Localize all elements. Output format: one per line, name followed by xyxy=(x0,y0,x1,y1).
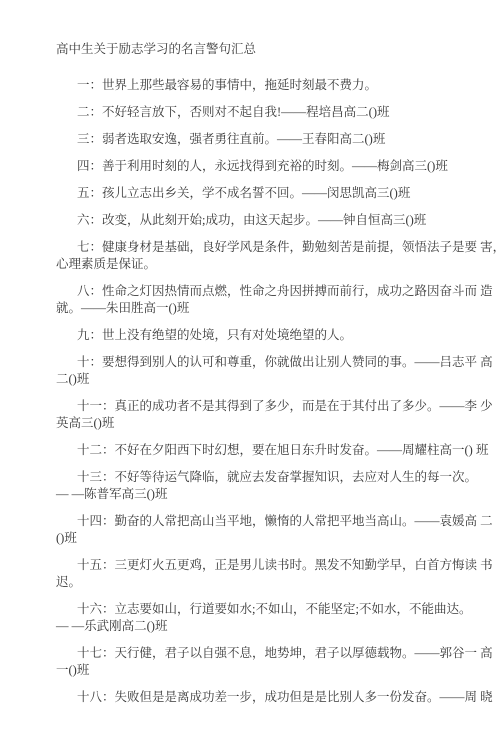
quote-line: 十五：三更灯火五更鸡，正是男儿读书时。黑发不知勤学早，白首方悔读 书 xyxy=(56,557,452,574)
quote-line: 十四：勤奋的人常把高山当平地，懒惰的人常把平地当高山。——袁媛高 二 xyxy=(56,513,452,530)
quote-paragraph-4: 四：善于利用时刻的人，永远找得到充裕的时刻。——梅剑高三()班 xyxy=(56,158,452,175)
quote-line: 四：善于利用时刻的人，永远找得到充裕的时刻。——梅剑高三()班 xyxy=(56,158,452,175)
quote-line: 心理素质是保证。 xyxy=(56,256,452,273)
quote-line: 十三：不好等待运气降临，就应去发奋掌握知识，去应对人生的每一次。 xyxy=(56,469,452,486)
quote-paragraph-8: 八：性命之灯因热情而点燃，性命之舟因拼搏而前行，成功之路因奋斗而 造 就。——朱… xyxy=(56,283,452,317)
quote-line: 三：弱者选取安逸，强者勇往直前。——王春阳高二()班 xyxy=(56,131,452,148)
quote-line: 六：改变，从此刻开始;成功，由这天起步。——钟自恒高三()班 xyxy=(56,212,452,229)
quote-line: 七：健康身材是基础，良好学风是条件，勤勉刻苦是前提，领悟法子是要 害， xyxy=(56,239,452,256)
quote-paragraph-10: 十：要想得到别人的认可和尊重，你就做出让别人赞同的事。——吕志平 高 二()班 xyxy=(56,354,452,388)
quote-line: — —陈普军高三()班 xyxy=(56,486,452,503)
quote-line: 十六：立志要如山，行道要如水;不如山，不能坚定;不如水，不能曲达。 xyxy=(56,601,452,618)
quote-line: 一：世界上那些最容易的事情中，拖延时刻最不费力。 xyxy=(56,77,452,94)
quote-line: 一()班 xyxy=(56,662,452,679)
quote-line: 十一：真正的成功者不是其得到了多少，而是在于其付出了多少。——李 少 xyxy=(56,398,452,415)
quote-paragraph-12: 十二：不好在夕阳西下时幻想，要在旭日东升时发奋。——周耀柱高一() 班 xyxy=(56,442,452,459)
quote-line: 九：世上没有绝望的处境，只有对处境绝望的人。 xyxy=(56,327,452,344)
quote-paragraph-16: 十六：立志要如山，行道要如水;不如山，不能坚定;不如水，不能曲达。 — —乐武刚… xyxy=(56,601,452,635)
quote-paragraph-5: 五：孩儿立志出乡关，学不成名誓不回。——闵思凯高三()班 xyxy=(56,185,452,202)
quote-line: 十八：失败但是是离成功差一步，成功但是是比别人多一份发奋。——周 晓 xyxy=(56,689,452,706)
quote-line: 英高三()班 xyxy=(56,415,452,432)
quote-paragraph-6: 六：改变，从此刻开始;成功，由这天起步。——钟自恒高三()班 xyxy=(56,212,452,229)
quote-paragraph-2: 二：不好轻言放下，否则对不起自我!——程培昌高二()班 xyxy=(56,104,452,121)
quote-line: 二：不好轻言放下，否则对不起自我!——程培昌高二()班 xyxy=(56,104,452,121)
quote-paragraph-18: 十八：失败但是是离成功差一步，成功但是是比别人多一份发奋。——周 晓 xyxy=(56,689,452,706)
quote-line: 五：孩儿立志出乡关，学不成名誓不回。——闵思凯高三()班 xyxy=(56,185,452,202)
quote-line: 二()班 xyxy=(56,371,452,388)
quote-line: 八：性命之灯因热情而点燃，性命之舟因拼搏而前行，成功之路因奋斗而 造 xyxy=(56,283,452,300)
quote-paragraph-9: 九：世上没有绝望的处境，只有对处境绝望的人。 xyxy=(56,327,452,344)
quote-paragraph-13: 十三：不好等待运气降临，就应去发奋掌握知识，去应对人生的每一次。 — —陈普军高… xyxy=(56,469,452,503)
quote-line: 十：要想得到别人的认可和尊重，你就做出让别人赞同的事。——吕志平 高 xyxy=(56,354,452,371)
quote-line: 十二：不好在夕阳西下时幻想，要在旭日东升时发奋。——周耀柱高一() 班 xyxy=(56,442,452,459)
document-page: 高中生关于励志学习的名言警句汇总 一：世界上那些最容易的事情中，拖延时刻最不费力… xyxy=(0,0,500,741)
page-title: 高中生关于励志学习的名言警句汇总 xyxy=(56,41,452,58)
quote-line: 就。——朱田胜高一()班 xyxy=(56,300,452,317)
quote-paragraph-7: 七：健康身材是基础，良好学风是条件，勤勉刻苦是前提，领悟法子是要 害， 心理素质… xyxy=(56,239,452,273)
quote-line: ()班 xyxy=(56,530,452,547)
quote-line: — —乐武刚高二()班 xyxy=(56,618,452,635)
quote-paragraph-17: 十七：天行健，君子以自强不息，地势坤，君子以厚德载物。——郭谷一 高 一()班 xyxy=(56,645,452,679)
quote-paragraph-3: 三：弱者选取安逸，强者勇往直前。——王春阳高二()班 xyxy=(56,131,452,148)
quote-paragraph-14: 十四：勤奋的人常把高山当平地，懒惰的人常把平地当高山。——袁媛高 二 ()班 xyxy=(56,513,452,547)
quote-line: 迟。 xyxy=(56,574,452,591)
quote-line: 十七：天行健，君子以自强不息，地势坤，君子以厚德载物。——郭谷一 高 xyxy=(56,645,452,662)
quote-paragraph-1: 一：世界上那些最容易的事情中，拖延时刻最不费力。 xyxy=(56,77,452,94)
quote-paragraph-11: 十一：真正的成功者不是其得到了多少，而是在于其付出了多少。——李 少 英高三()… xyxy=(56,398,452,432)
quote-paragraph-15: 十五：三更灯火五更鸡，正是男儿读书时。黑发不知勤学早，白首方悔读 书 迟。 xyxy=(56,557,452,591)
